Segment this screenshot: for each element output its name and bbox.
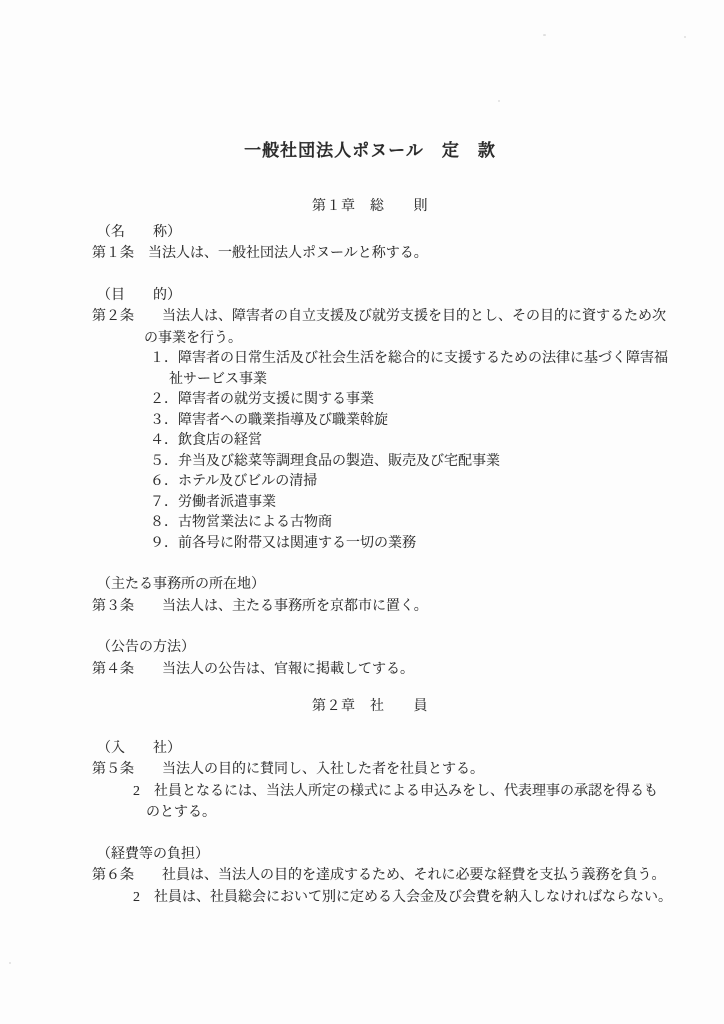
scan-artifact — [498, 100, 500, 102]
section: （名 称）第１条 当法人は、一般社団法人ポヌールと称する。 — [92, 222, 684, 265]
section: （公告の方法）第４条 当法人の公告は、官報に掲載してする。 — [92, 637, 684, 680]
sub-line: 2 社員となるには、当法人所定の様式による申込みをし、代表理事の承認を得るも — [92, 781, 684, 803]
section: （目 的）第２条 当法人は、障害者の自立支援及び就労支援を目的とし、その目的に資… — [92, 285, 684, 555]
cont-line: の事業を行う。 — [92, 328, 684, 350]
document-body: 一般社団法人ポヌール 定 款 第１章 総 則（名 称）第１条 当法人は、一般社団… — [92, 140, 684, 908]
document-title: 一般社団法人ポヌール 定 款 — [92, 140, 648, 162]
article-line: 第５条 当法人の目的に賛同し、入社した者を社員とする。 — [92, 759, 684, 781]
item-line: ８．古物営業法による古物商 — [92, 513, 684, 534]
section-caption: （名 称） — [92, 222, 684, 244]
item-line: １．障害者の日常生活及び社会生活を総合的に支援するための法律に基づく障害福 — [92, 349, 684, 370]
article-line: 第６条 社員は、当法人の目的を達成するため、それに必要な経費を支払う義務を負う。 — [92, 865, 684, 887]
section: （主たる事務所の所在地）第３条 当法人は、主たる事務所を京都市に置く。 — [92, 574, 684, 617]
article-line: 第１条 当法人は、一般社団法人ポヌールと称する。 — [92, 243, 684, 265]
item-line: ６．ホテル及びビルの清掃 — [92, 472, 684, 493]
article-line: 第３条 当法人は、主たる事務所を京都市に置く。 — [92, 596, 684, 618]
item-line: ３．障害者への職業指導及び職業斡旋 — [92, 411, 684, 432]
item-line: ７．労働者派遣事業 — [92, 493, 684, 514]
article-line: 第２条 当法人は、障害者の自立支援及び就労支援を目的とし、その目的に資するため次 — [92, 306, 684, 328]
scanned-page: 一般社団法人ポヌール 定 款 第１章 総 則（名 称）第１条 当法人は、一般社団… — [0, 0, 724, 1024]
section-caption: （公告の方法） — [92, 637, 684, 659]
scan-artifact — [684, 36, 686, 38]
sub-cont-line: のとする。 — [92, 802, 684, 824]
section-caption: （入 社） — [92, 738, 684, 760]
item-cont-line: 祉サービス事業 — [92, 370, 684, 391]
section-caption: （目 的） — [92, 285, 684, 307]
section: （経費等の負担）第６条 社員は、当法人の目的を達成するため、それに必要な経費を支… — [92, 844, 684, 909]
section-caption: （主たる事務所の所在地） — [92, 574, 684, 596]
section-caption: （経費等の負担） — [92, 844, 684, 866]
scan-artifact — [9, 962, 11, 964]
chapter-heading: 第２章 社 員 — [92, 696, 648, 718]
article-line: 第４条 当法人の公告は、官報に掲載してする。 — [92, 659, 684, 681]
sub-line: 2 社員は、社員総会において別に定める入会金及び会費を納入しなければならない。 — [92, 887, 684, 909]
scan-artifact — [543, 34, 546, 36]
section: （入 社）第５条 当法人の目的に賛同し、入社した者を社員とする。2 社員となるに… — [92, 738, 684, 824]
item-line: ２．障害者の就労支援に関する事業 — [92, 390, 684, 411]
item-line: ４．飲食店の経営 — [92, 431, 684, 452]
item-line: ９．前各号に附帯又は関連する一切の業務 — [92, 534, 684, 555]
chapter-heading: 第１章 総 則 — [92, 196, 648, 218]
item-line: ５．弁当及び総菜等調理食品の製造、販売及び宅配事業 — [92, 452, 684, 473]
